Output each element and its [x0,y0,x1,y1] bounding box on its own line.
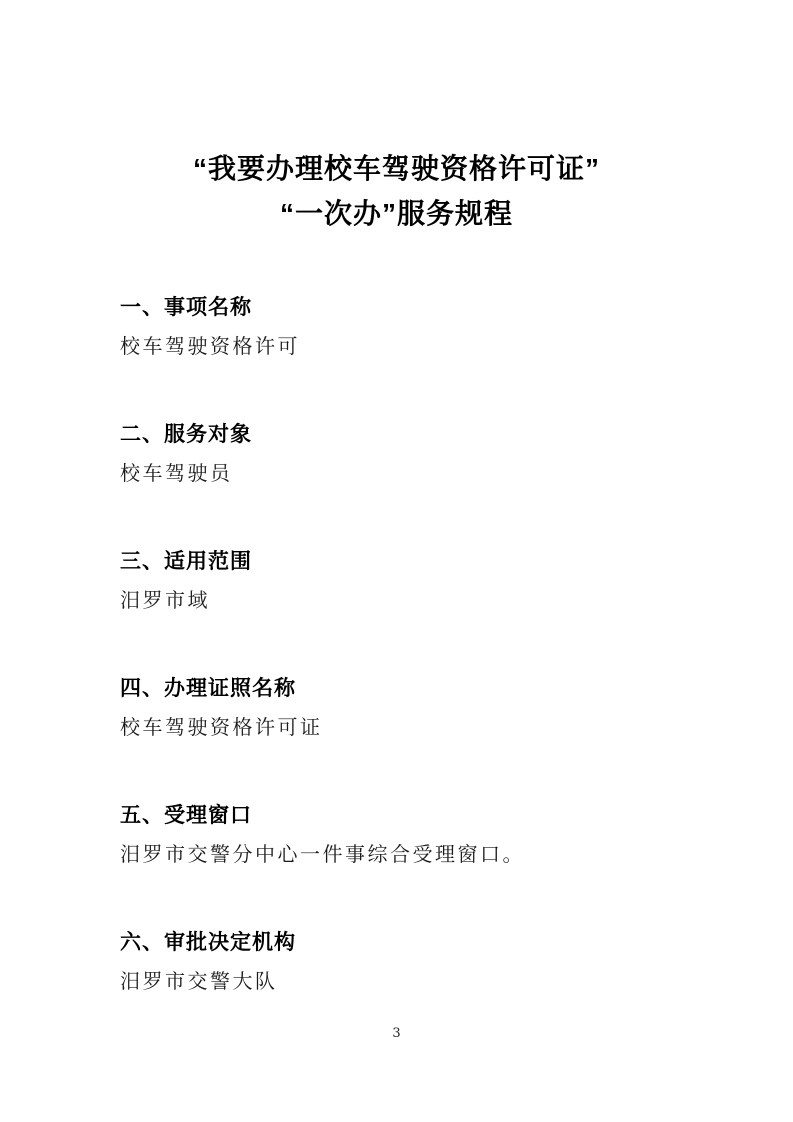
section-body: 校车驾驶资格许可证 [120,714,683,740]
section-service-target: 二、服务对象 校车驾驶员 [120,422,683,486]
section-body: 汨罗市域 [120,587,683,613]
section-heading: 四、办理证照名称 [120,676,683,702]
section-body: 汨罗市交警大队 [120,968,683,994]
section-body: 校车驾驶员 [120,460,683,486]
section-heading: 六、审批决定机构 [120,930,683,956]
document-page: “我要办理校车驾驶资格许可证” “一次办”服务规程 一、事项名称 校车驾驶资格许… [0,0,793,1122]
section-body: 校车驾驶资格许可 [120,333,683,359]
document-body: 一、事项名称 校车驾驶资格许可 二、服务对象 校车驾驶员 三、适用范围 汨罗市域… [0,295,793,994]
document-title-line1: “我要办理校车驾驶资格许可证” [0,146,793,191]
section-approval-authority: 六、审批决定机构 汨罗市交警大队 [120,930,683,994]
section-heading: 三、适用范围 [120,549,683,575]
page-number: 3 [0,1026,793,1041]
section-heading: 一、事项名称 [120,295,683,321]
document-title: “我要办理校车驾驶资格许可证” “一次办”服务规程 [0,0,793,236]
section-acceptance-window: 五、受理窗口 汨罗市交警分中心一件事综合受理窗口。 [120,803,683,867]
section-certificate-name: 四、办理证照名称 校车驾驶资格许可证 [120,676,683,740]
section-heading: 五、受理窗口 [120,803,683,829]
document-title-line2: “一次办”服务规程 [0,191,793,236]
section-body: 汨罗市交警分中心一件事综合受理窗口。 [120,841,683,867]
section-item-name: 一、事项名称 校车驾驶资格许可 [120,295,683,359]
section-applicable-scope: 三、适用范围 汨罗市域 [120,549,683,613]
section-heading: 二、服务对象 [120,422,683,448]
